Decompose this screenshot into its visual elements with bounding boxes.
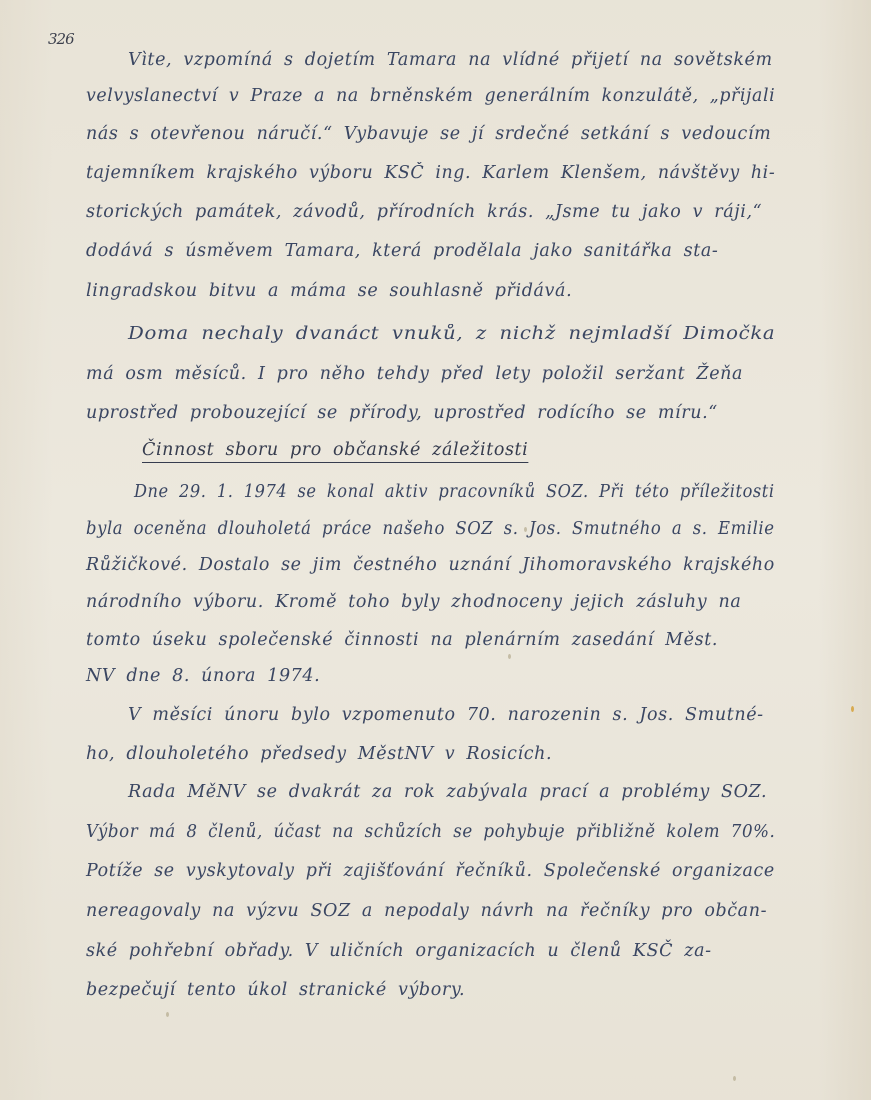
text-line: ho, dlouholetého předsedy MěstNV v Rosic… [86, 744, 552, 764]
text-line: Dne 29. 1. 1974 se konal aktiv pracovník… [134, 482, 775, 502]
text-line: V měsíci únoru bylo vzpomenuto 70. naroz… [128, 705, 764, 725]
text-line: Potíže se vyskytovaly při zajišťování ře… [86, 861, 775, 881]
section-heading: Činnost sboru pro občanské záležitosti [142, 440, 528, 460]
text-line: Doma nechaly dvanáct vnuků, z nichž nejm… [128, 324, 775, 344]
handwritten-chronicle-page: 326 Vìte, vzpomíná s dojetím Tamara na v… [0, 0, 871, 1100]
paper-speck [733, 1076, 736, 1081]
text-line: dodává s úsměvem Tamara, která prodělala… [86, 241, 718, 261]
paper-speck [166, 1012, 169, 1017]
text-line: národního výboru. Kromě toho byly zhodno… [86, 592, 741, 612]
page-number: 326 [48, 30, 74, 48]
text-line: tomto úseku společenské činnosti na plen… [86, 630, 718, 650]
text-line: velvyslanectví v Praze a na brněnském ge… [86, 86, 775, 106]
text-line: tajemníkem krajského výboru KSČ ing. Kar… [86, 163, 775, 183]
text-line: ské pohřební obřady. V uličních organiza… [86, 941, 712, 961]
paper-speck [524, 527, 527, 532]
text-line: uprostřed probouzející se přírody, upros… [86, 403, 718, 423]
text-line: má osm měsíců. I pro něho tehdy před let… [86, 364, 743, 384]
text-line: Růžičkové. Dostalo se jim čestného uznán… [86, 555, 775, 575]
text-line: nás s otevřenou náručí.“ Vybavuje se jí … [86, 124, 771, 144]
text-line: bezpečují tento úkol stranické výbory. [86, 980, 465, 1000]
text-line: storických památek, závodů, přírodních k… [86, 202, 762, 222]
paper-speck [851, 706, 854, 712]
paper-speck [508, 654, 511, 659]
text-line: nereagovaly na výzvu SOZ a nepodaly návr… [86, 901, 767, 921]
text-line: byla oceněna dlouholetá práce našeho SOZ… [86, 519, 775, 539]
text-line: NV dne 8. února 1974. [86, 666, 320, 686]
text-line: Rada MěNV se dvakrát za rok zabývala pra… [128, 782, 767, 802]
text-line: Vìte, vzpomíná s dojetím Tamara na vlídn… [128, 50, 768, 70]
text-line: Výbor má 8 členů, účast na schůzích se p… [86, 822, 775, 842]
text-line: lingradskou bitvu a máma se souhlasně př… [86, 281, 572, 301]
